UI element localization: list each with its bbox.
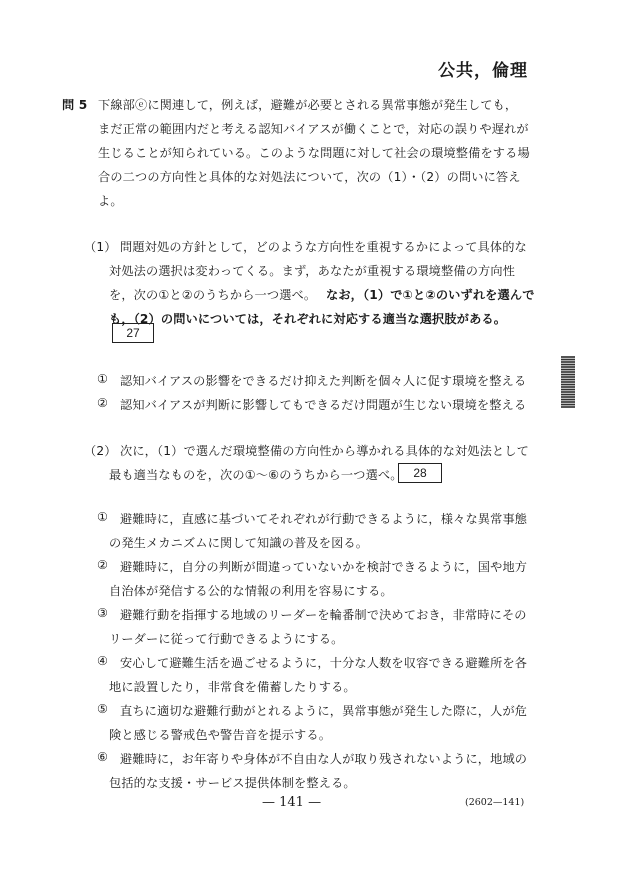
part1-line: 問題対処の方針として，どのような方向性を重視するかによって具体的な — [120, 238, 527, 255]
part1-note: も，（2）の問いについては，それぞれに対応する適当な選択肢がある。 — [109, 310, 506, 327]
option-line: リーダーに従って行動できるようにする。 — [109, 630, 343, 647]
question-label: 問 5 — [62, 96, 87, 113]
option-number: ① — [97, 510, 108, 524]
intro-line: 下線部ⓔに関連して，例えば，避難が必要とされる異常事態が発生しても， — [98, 96, 517, 113]
option-line: 避難行動を指揮する地域のリーダーを輪番制で決めておき，非常時にその — [120, 606, 527, 623]
intro-line: 生じることが知られている。このような問題に対して社会の環境整備をする場 — [98, 144, 530, 161]
option-line: 直ちに適切な避難行動がとれるように，異常事態が発生した際に，人が危 — [120, 702, 527, 719]
page-number: — 141 — — [262, 795, 321, 810]
option-text: 認知バイアスが判断に影響してもできるだけ問題が生じない環境を整える — [120, 396, 526, 413]
part1-note: なお，（1）で①と②のいずれを選んで — [326, 286, 535, 303]
section-tab-marker — [561, 356, 575, 408]
option-number: ④ — [97, 654, 108, 668]
option-number: ③ — [97, 606, 108, 620]
part2-line: 次に，（1）で選んだ環境整備の方向性から導かれる具体的な対処法として — [120, 442, 529, 459]
part2-label: （2） — [84, 442, 117, 459]
page-code: (2602—141) — [465, 797, 524, 808]
option-line: 避難時に，自分の判断が間違っていないかを検討できるように，国や地方 — [120, 558, 527, 575]
option-number: ② — [97, 396, 108, 410]
option-line: の発生メカニズムに関して知識の普及を図る。 — [109, 534, 368, 551]
option-number: ⑤ — [97, 702, 108, 716]
answer-box-28[interactable]: 28 — [398, 463, 442, 483]
option-line: 安心して避難生活を過ごせるように，十分な人数を収容できる避難所を各 — [120, 654, 527, 671]
option-line: 自治体が発信する公的な情報の利用を容易にする。 — [109, 582, 393, 599]
option-line: 地に設置したり，非常食を備蓄したりする。 — [109, 678, 356, 695]
option-number: ⑥ — [97, 750, 108, 764]
part2-line: 最も適当なものを，次の①～⑥のうちから一つ選べ。 — [109, 466, 403, 483]
option-number: ① — [97, 372, 108, 386]
option-number: ② — [97, 558, 108, 572]
option-text: 認知バイアスの影響をできるだけ抑えた判断を個々人に促す環境を整える — [120, 372, 526, 389]
answer-box-27[interactable]: 27 — [112, 323, 154, 343]
option-line: 険と感じる警戒色や警告音を提示する。 — [109, 726, 331, 743]
part1-line: を，次の①と②のうちから一つ選べ。 — [109, 286, 316, 303]
subject-header: 公共，倫理 — [438, 56, 528, 81]
intro-line: よ。 — [98, 192, 123, 209]
intro-line: 合の二つの方向性と具体的な対処法について，次の（1）・（2）の問いに答え — [98, 168, 521, 185]
option-line: 避難時に，お年寄りや身体が不自由な人が取り残されないように，地域の — [120, 750, 527, 767]
part1-line: 対処法の選択は変わってくる。まず，あなたが重視する環境整備の方向性 — [109, 262, 515, 279]
part1-label: （1） — [84, 238, 117, 255]
option-line: 避難時に，直感に基づいてそれぞれが行動できるように，様々な異常事態 — [120, 510, 527, 527]
option-line: 包括的な支援・サービス提供体制を整える。 — [109, 774, 356, 791]
intro-line: まだ正常の範囲内だと考える認知バイアスが働くことで，対応の誤りや遅れが — [98, 120, 529, 137]
